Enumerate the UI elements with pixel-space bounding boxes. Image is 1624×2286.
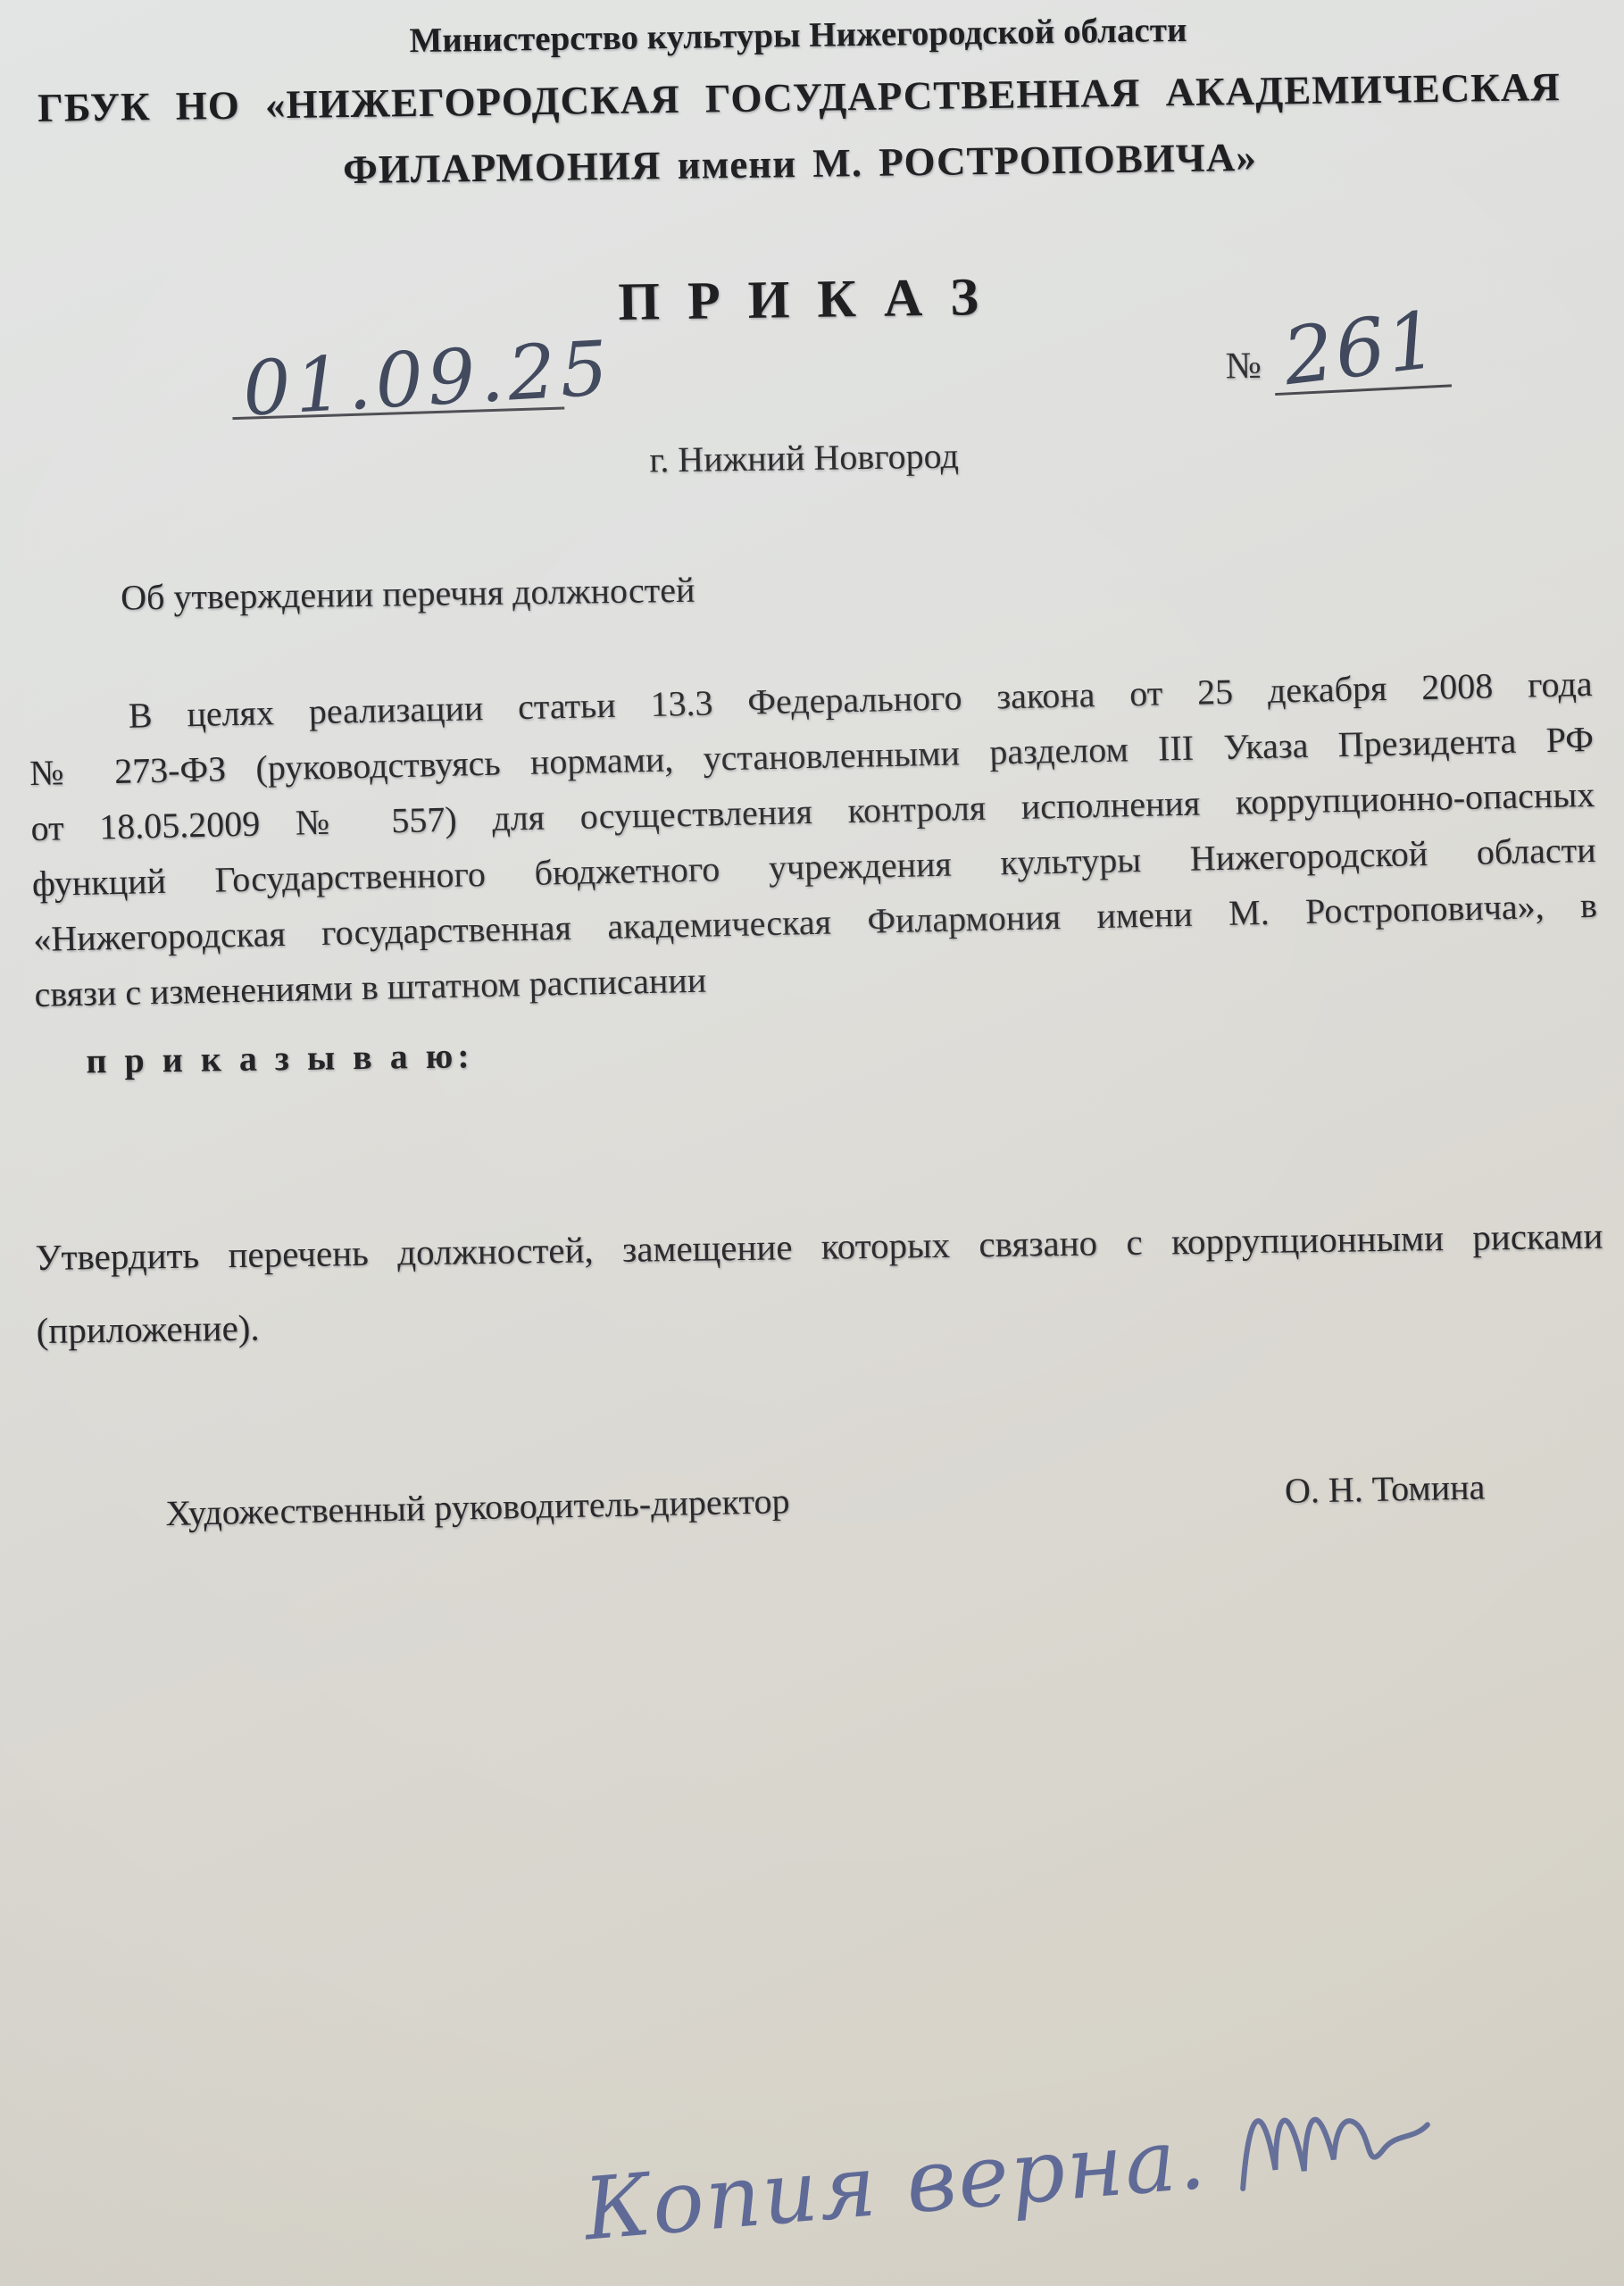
signature-row: Художественный руководитель-директор О. … — [165, 1465, 1486, 1534]
number-sign: № — [1225, 345, 1262, 388]
subject-line: Об утверждении перечня должностей — [121, 569, 695, 619]
ministry-header-line: Министерство культуры Нижегородской обла… — [0, 4, 1611, 66]
document-photo: Министерство культуры Нижегородской обла… — [0, 0, 1624, 2286]
signature-position: Художественный руководитель-директор — [165, 1480, 790, 1534]
order-word: п р и к а з ы в а ю: — [86, 1034, 474, 1081]
handwritten-copy-note: Копия верна. — [580, 2107, 1211, 2259]
signature-name: О. Н. Томина — [1284, 1465, 1485, 1511]
preamble-paragraph: В целях реализации статьи 13.3 Федеральн… — [28, 656, 1599, 1022]
signature-squiggle-icon — [1225, 2060, 1440, 2202]
order-document: Министерство культуры Нижегородской обла… — [0, 0, 1624, 2286]
organization-name-line-2: ФИЛАРМОНИЯ имени М. РОСТРОПОВИЧА» — [0, 129, 1612, 197]
city-line: г. Нижний Новгород — [0, 425, 1616, 489]
certification-note: Копия верна. — [578, 2060, 1440, 2260]
order-paragraph: Утвердить перечень должностей, замещение… — [35, 1199, 1604, 1368]
organization-name-line-1: ГБУК НО «НИЖЕГОРОДСКАЯ ГОСУДАРСТВЕННАЯ А… — [0, 63, 1612, 131]
